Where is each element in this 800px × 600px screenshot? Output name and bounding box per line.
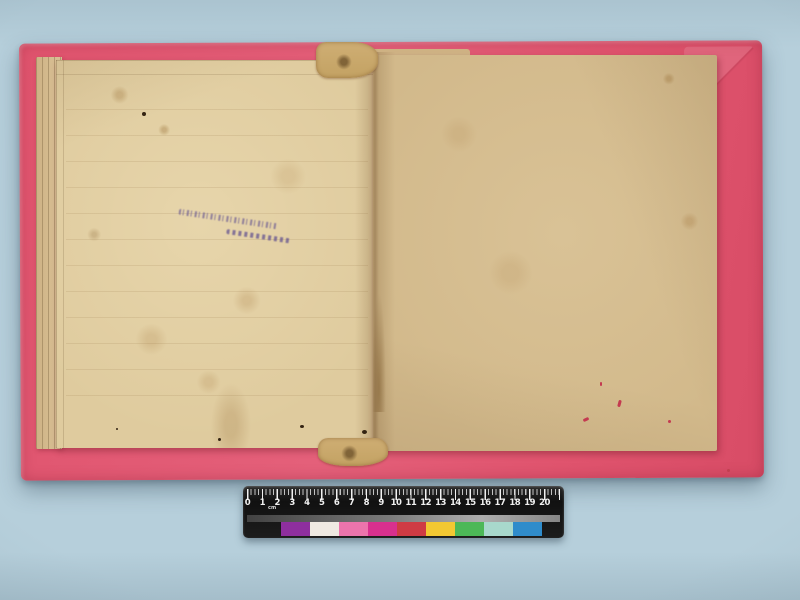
ruler-number: 8 bbox=[359, 498, 373, 508]
color-patch bbox=[368, 522, 397, 536]
color-patch bbox=[426, 522, 455, 536]
ruler-number: 15 bbox=[463, 498, 477, 508]
ruler-number: 20 bbox=[538, 498, 552, 508]
gutter-stain bbox=[372, 292, 386, 412]
ruler-number: 19 bbox=[523, 498, 537, 508]
ruler-number: 17 bbox=[493, 498, 507, 508]
color-patch bbox=[397, 522, 426, 536]
color-patch bbox=[339, 522, 368, 536]
right-page bbox=[373, 55, 717, 451]
red-speck-on-background bbox=[727, 469, 730, 472]
ruler-number: 9 bbox=[374, 498, 388, 508]
ruler-number: 7 bbox=[344, 498, 358, 508]
ruler-number: 6 bbox=[330, 498, 344, 508]
spine-damage-top bbox=[316, 42, 378, 78]
ruler-number: 3 bbox=[285, 498, 299, 508]
ruler-numbers: 01234567891011121314151617181920 bbox=[243, 498, 564, 512]
ruler-number: 18 bbox=[508, 498, 522, 508]
red-fleck bbox=[600, 382, 602, 386]
red-fleck bbox=[668, 420, 671, 423]
measuring-scale: 01234567891011121314151617181920 cm bbox=[243, 486, 564, 538]
ruler-number: 11 bbox=[404, 498, 418, 508]
sheet-edge-lines bbox=[56, 60, 374, 448]
ink-mark bbox=[142, 112, 146, 116]
book bbox=[20, 42, 763, 479]
ruler-metal-band bbox=[247, 515, 560, 522]
ruler-number: 13 bbox=[434, 498, 448, 508]
color-patch bbox=[455, 522, 484, 536]
ruler-number: 10 bbox=[389, 498, 403, 508]
ruler-number: 12 bbox=[419, 498, 433, 508]
color-patch bbox=[281, 522, 310, 536]
ruler-number: 5 bbox=[315, 498, 329, 508]
ruler-number: 16 bbox=[478, 498, 492, 508]
ruler-number: 0 bbox=[241, 498, 255, 508]
ink-mark bbox=[218, 438, 221, 441]
stamp-mark-row bbox=[226, 229, 290, 243]
color-patch bbox=[513, 522, 542, 536]
color-patch bbox=[310, 522, 339, 536]
ink-mark bbox=[300, 425, 304, 428]
ruler-number: 14 bbox=[448, 498, 462, 508]
color-patch bbox=[484, 522, 513, 536]
spine-damage-bottom bbox=[318, 438, 388, 466]
ruler-color-patches bbox=[243, 522, 564, 536]
ruler-number: 4 bbox=[300, 498, 314, 508]
ink-mark bbox=[362, 430, 367, 434]
photo-stage: 01234567891011121314151617181920 cm bbox=[0, 0, 800, 600]
left-page bbox=[56, 60, 374, 448]
ink-mark bbox=[116, 428, 118, 430]
ruler-unit-label: cm bbox=[268, 505, 276, 511]
